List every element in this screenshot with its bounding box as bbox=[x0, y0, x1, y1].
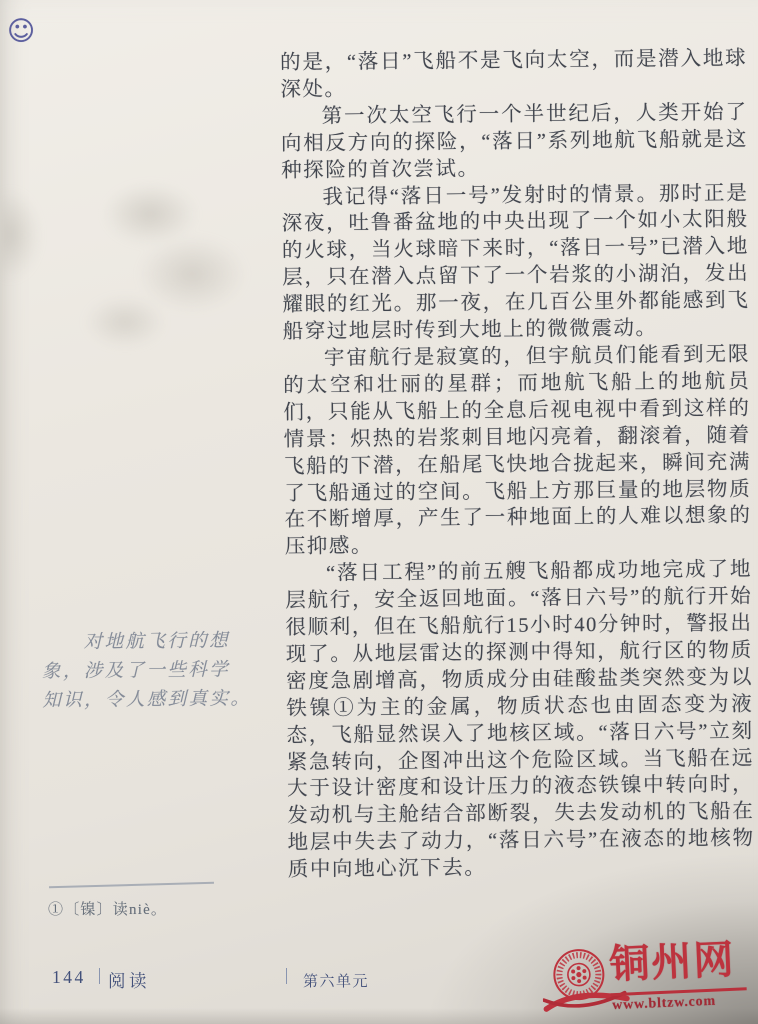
watermark-site-name: 铜州网 bbox=[608, 933, 754, 991]
footnote-divider bbox=[49, 882, 214, 888]
section-label: 阅读 bbox=[108, 968, 150, 993]
book-page: ☺ 的是，“落日”飞船不是飞向太空，而是潜入地球深处。 第一次太空飞行一个半世纪… bbox=[0, 0, 758, 1024]
margin-annotation-line: 知识，令人感到真实。 bbox=[42, 685, 274, 716]
margin-annotation-line: 对地航飞行的想 bbox=[42, 627, 274, 658]
watermark-url: www.bltzw.com bbox=[612, 994, 716, 1015]
footnote-text: ①〔镍〕读niè。 bbox=[48, 898, 167, 919]
page-footer: 144 阅读 第六单元 bbox=[0, 966, 560, 990]
body-paragraph: “落日工程”的前五艘飞船都成功地完成了地层航行，安全返回地面。“落日六号”的航行… bbox=[285, 557, 755, 884]
unit-label: 第六单元 bbox=[303, 970, 369, 991]
page-bleed-ghost bbox=[0, 175, 50, 295]
smiley-icon: ☺ bbox=[7, 18, 35, 45]
body-paragraph: 第一次太空飞行一个半世纪后，人类开始了向相反方向的探险，“落日”系列地航飞船就是… bbox=[281, 99, 749, 184]
site-watermark: 铜州网 www.bltzw.com bbox=[544, 933, 755, 1024]
body-paragraph: 宇宙航行是寂寞的，但宇航员们能看到无限的太空和壮丽的星群；而地航飞船上的地航员们… bbox=[283, 341, 752, 561]
body-paragraph: 的是，“落日”飞船不是飞向太空，而是潜入地球深处。 bbox=[280, 46, 747, 104]
main-text-column: 的是，“落日”飞船不是飞向太空，而是潜入地球深处。 第一次太空飞行一个半世纪后，… bbox=[280, 46, 755, 885]
margin-annotation: 对地航飞行的想 象，涉及了一些科学 知识，令人感到真实。 bbox=[42, 627, 275, 716]
page-number: 144 bbox=[52, 967, 86, 988]
footer-separator bbox=[99, 968, 100, 984]
margin-annotation-line: 象，涉及了一些科学 bbox=[42, 656, 274, 687]
footer-separator bbox=[286, 968, 287, 984]
page-bleed-ghost bbox=[62, 158, 272, 358]
body-paragraph: 我记得“落日一号”发射时的情景。那时正是深夜，吐鲁番盆地的中央出现了一个如小太阳… bbox=[281, 180, 750, 346]
